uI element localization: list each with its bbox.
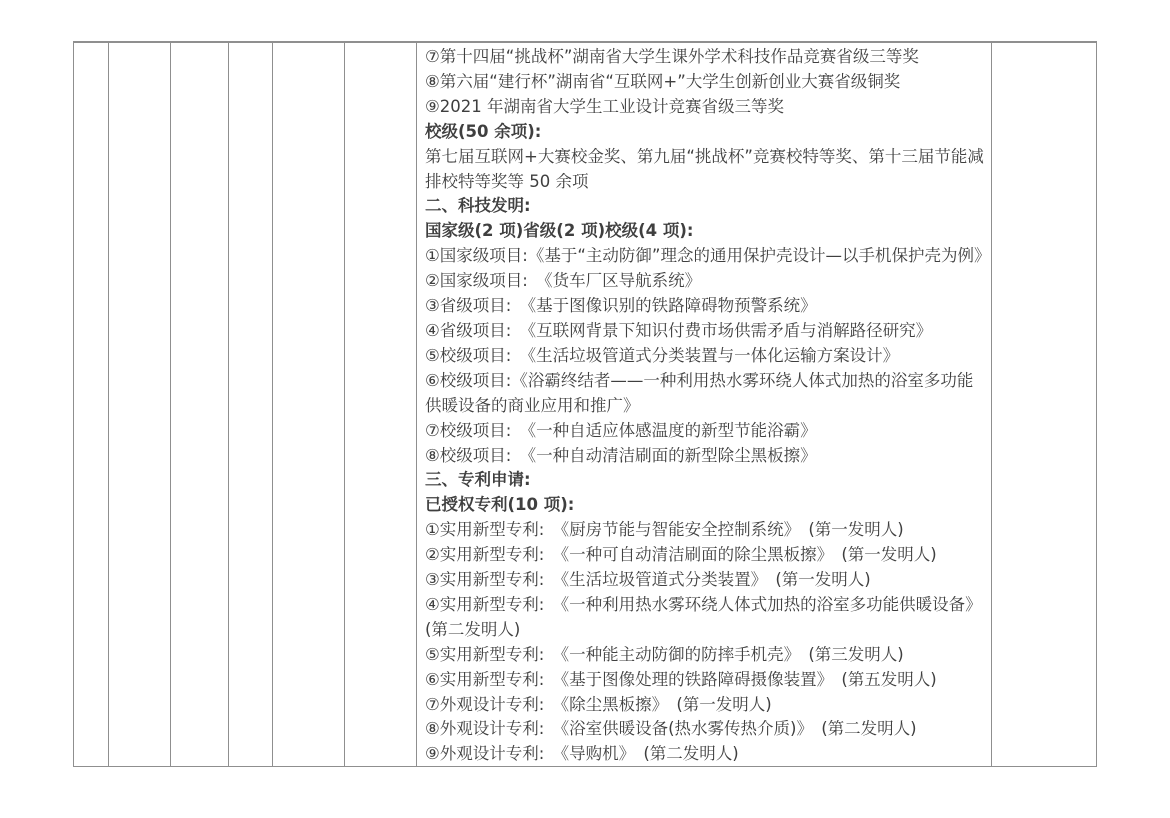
- content-line: 二、科技发明:: [425, 194, 984, 219]
- table-cell-empty-8: [992, 43, 1096, 766]
- content-line: ⑦第十四届“挑战杯”湖南省大学生课外学术科技作品竞赛省级三等奖: [425, 45, 984, 70]
- document-page: ⑦第十四届“挑战杯”湖南省大学生课外学术科技作品竞赛省级三等奖⑧第六届“建行杯”…: [0, 0, 1170, 818]
- content-line: ②实用新型专利: 《一种可自动清洁刷面的除尘黑板擦》 (第一发明人): [425, 543, 984, 568]
- content-line: ③实用新型专利: 《生活垃圾管道式分类装置》 (第一发明人): [425, 568, 984, 593]
- content-line: ⑧外观设计专利: 《浴室供暖设备(热水雾传热介质)》 (第二发明人): [425, 717, 984, 742]
- content-line: ①国家级项目:《基于“主动防御”理念的通用保护壳设计—以手机保护壳为例》: [425, 244, 984, 269]
- content-line: ①实用新型专利: 《厨房节能与智能安全控制系统》 (第一发明人): [425, 518, 984, 543]
- content-line: ⑨2021 年湖南省大学生工业设计竞赛省级三等奖: [425, 95, 984, 120]
- content-line: ⑨外观设计专利: 《导购机》 (第二发明人): [425, 742, 984, 766]
- table-cell-empty-5: [273, 43, 345, 766]
- table-cell-empty-1: [74, 43, 109, 766]
- content-line: ⑥校级项目:《浴霸终结者——一种利用热水雾环绕人体式加热的浴室多功能: [425, 369, 984, 394]
- content-line: ⑥实用新型专利: 《基于图像处理的铁路障碍摄像装置》 (第五发明人): [425, 668, 984, 693]
- content-line: 第七届互联网+大赛校金奖、第九届“挑战杯”竞赛校特等奖、第十三届节能减: [425, 145, 984, 170]
- table-cell-empty-4: [229, 43, 273, 766]
- content-line: 校级(50 余项):: [425, 120, 984, 145]
- table-cell-empty-6: [345, 43, 417, 766]
- content-line: ⑧校级项目: 《一种自动清洁刷面的新型除尘黑板擦》: [425, 444, 984, 469]
- content-line: ④省级项目: 《互联网背景下知识付费市场供需矛盾与消解路径研究》: [425, 319, 984, 344]
- content-line: ⑦校级项目: 《一种自适应体感温度的新型节能浴霸》: [425, 419, 984, 444]
- content-line: ⑦外观设计专利: 《除尘黑板擦》 (第一发明人): [425, 693, 984, 718]
- content-line: ②国家级项目: 《货车厂区导航系统》: [425, 269, 984, 294]
- content-line: ⑤实用新型专利: 《一种能主动防御的防摔手机壳》 (第三发明人): [425, 643, 984, 668]
- content-line: ⑧第六届“建行杯”湖南省“互联网+”大学生创新创业大赛省级铜奖: [425, 70, 984, 95]
- content-line: 已授权专利(10 项):: [425, 493, 984, 518]
- content-line: ⑤校级项目: 《生活垃圾管道式分类装置与一体化运输方案设计》: [425, 344, 984, 369]
- content-line: (第二发明人): [425, 618, 984, 643]
- content-line: 排校特等奖等 50 余项: [425, 170, 984, 195]
- content-line: ③省级项目: 《基于图像识别的铁路障碍物预警系统》: [425, 294, 984, 319]
- resume-achievements-table: ⑦第十四届“挑战杯”湖南省大学生课外学术科技作品竞赛省级三等奖⑧第六届“建行杯”…: [73, 41, 1097, 767]
- content-line: ④实用新型专利: 《一种利用热水雾环绕人体式加热的浴室多功能供暖设备》: [425, 593, 984, 618]
- content-line: 国家级(2 项)省级(2 项)校级(4 项):: [425, 219, 984, 244]
- table-cell-empty-2: [109, 43, 171, 766]
- table-cell-achievements-content: ⑦第十四届“挑战杯”湖南省大学生课外学术科技作品竞赛省级三等奖⑧第六届“建行杯”…: [417, 43, 992, 766]
- content-line: 三、专利申请:: [425, 468, 984, 493]
- content-line: 供暖设备的商业应用和推广》: [425, 394, 984, 419]
- table-cell-empty-3: [171, 43, 229, 766]
